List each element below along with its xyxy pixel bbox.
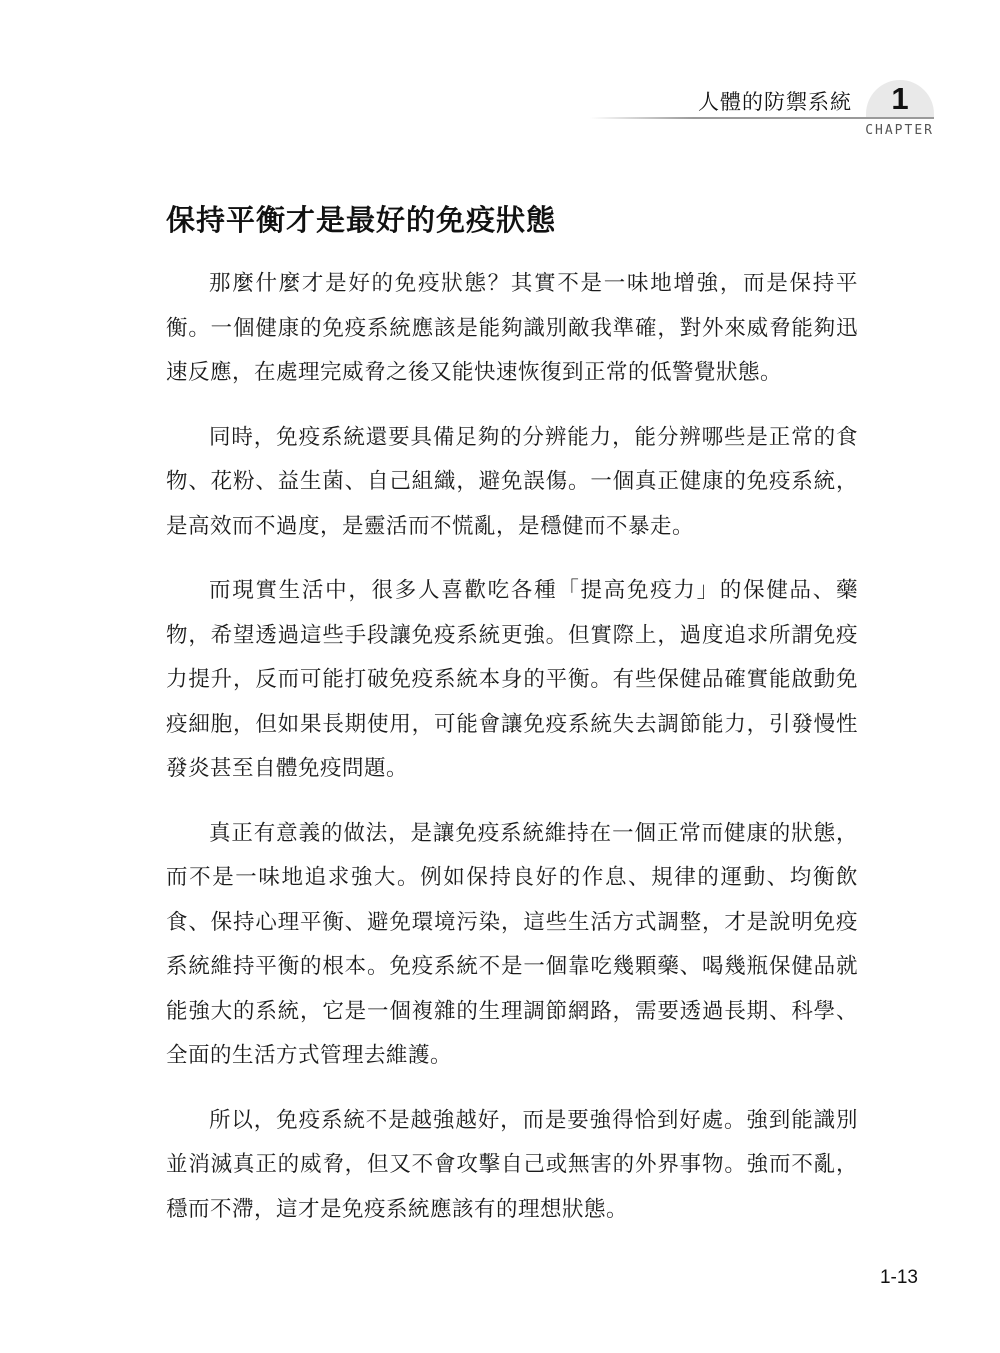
section-title: 保持平衡才是最好的免疫狀態 bbox=[166, 198, 556, 239]
paragraph: 真正有意義的做法，是讓免疫系統維持在一個正常而健康的狀態，而不是一味地追求強大。… bbox=[166, 812, 858, 1079]
header-divider bbox=[590, 117, 934, 119]
paragraph: 所以，免疫系統不是越強越好，而是要強得恰到好處。強到能識別並消滅真正的威脅，但又… bbox=[166, 1099, 858, 1233]
body-text: 那麼什麼才是好的免疫狀態？其實不是一味地增強，而是保持平衡。一個健康的免疫系統應… bbox=[166, 262, 858, 1252]
paragraph: 同時，免疫系統還要具備足夠的分辨能力，能分辨哪些是正常的食物、花粉、益生菌、自己… bbox=[166, 416, 858, 550]
paragraph: 而現實生活中，很多人喜歡吃各種「提高免疫力」的保健品、藥物，希望透過這些手段讓免… bbox=[166, 569, 858, 792]
paragraph: 那麼什麼才是好的免疫狀態？其實不是一味地增強，而是保持平衡。一個健康的免疫系統應… bbox=[166, 262, 858, 396]
chapter-number: 1 bbox=[866, 80, 934, 118]
chapter-label: CHAPTER bbox=[865, 123, 934, 138]
running-header: 1 人體的防禦系統 CHAPTER bbox=[0, 0, 1000, 150]
chapter-title: 人體的防禦系統 bbox=[698, 86, 852, 116]
page-number: 1-13 bbox=[880, 1267, 918, 1289]
